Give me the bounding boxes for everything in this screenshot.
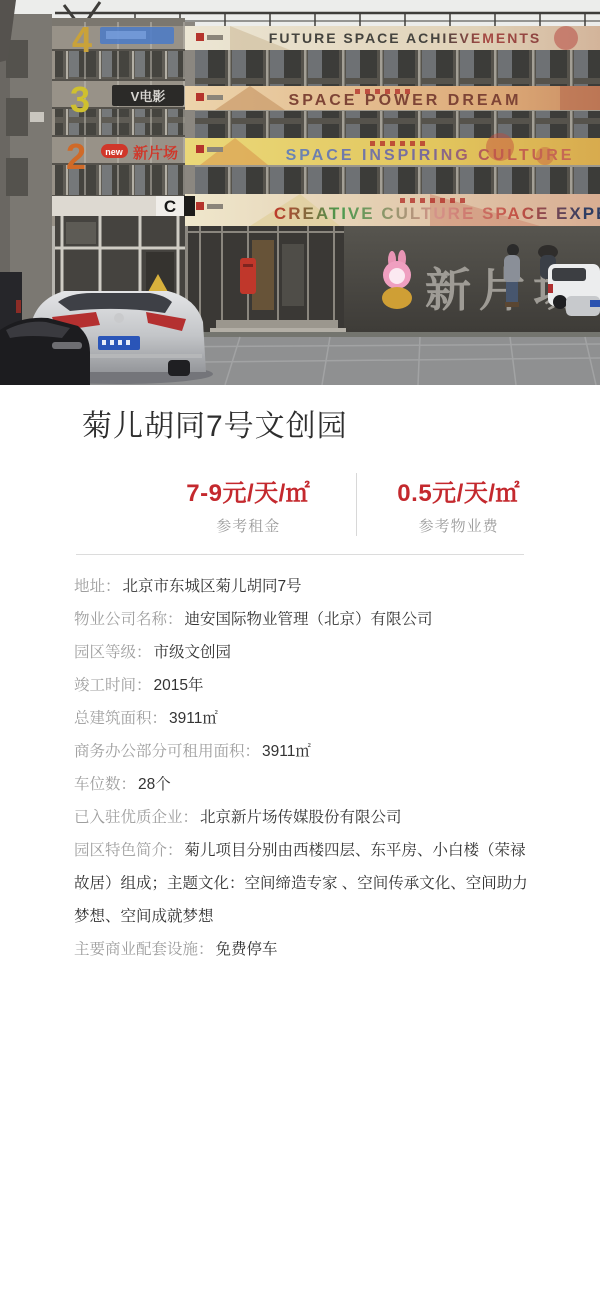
- detail-row-key-tenants: 已入驻优质企业：北京新片场传媒股份有限公司: [74, 801, 528, 834]
- detail-row-property-company: 物业公司名称：迪安国际物业管理（北京）有限公司: [74, 603, 528, 636]
- details-list: 地址：北京市东城区菊儿胡同7号 物业公司名称：迪安国际物业管理（北京）有限公司 …: [0, 555, 600, 966]
- floor-number-signs: 4 3 V电影 2 new 新片场: [66, 19, 184, 177]
- page-title: 菊儿胡同7号文创园: [0, 385, 600, 445]
- detail-row-park-grade: 园区等级：市级文创园: [74, 636, 528, 669]
- property-fee-price: 0.5元/天/㎡: [397, 473, 520, 508]
- detail-row-park-intro: 园区特色简介：菊儿项目分别由西楼四层、东平房、小白楼（荣禄故居）组成；主题文化：…: [74, 834, 528, 933]
- window-bands: [195, 46, 600, 194]
- v-cinema-sign-text: V电影: [131, 89, 166, 104]
- banner-floor4: FUTURE SPACE ACHIEVEMENTS: [185, 26, 600, 50]
- price-row: 7-9元/天/㎡ 参考租金 0.5元/天/㎡ 参考物业费: [0, 473, 600, 536]
- detail-label: 车位数：: [74, 776, 136, 793]
- detail-label: 园区等级：: [74, 644, 152, 661]
- property-fee-block: 0.5元/天/㎡ 参考物业费: [357, 473, 540, 536]
- floor-3-number: 3: [70, 79, 90, 120]
- detail-row-parking-count: 车位数：28个: [74, 768, 528, 801]
- banner-ground-text: CREATIVE CULTURE SPACE EXPERT: [274, 204, 600, 223]
- detail-label: 已入驻优质企业：: [74, 809, 198, 826]
- detail-label: 主要商业配套设施：: [74, 941, 214, 958]
- floor-4-number: 4: [72, 19, 92, 60]
- new-badge-text: new: [105, 147, 124, 157]
- detail-row-completion-year: 竣工时间：2015年: [74, 669, 528, 702]
- banner-ground: CREATIVE CULTURE SPACE EXPERT: [185, 194, 600, 226]
- detail-label: 总建筑面积：: [74, 710, 167, 727]
- detail-value: 市级文创园: [154, 644, 232, 661]
- listing-page: 4 3 V电影 2 new 新片场: [0, 0, 600, 1313]
- detail-label: 商务办公部分可租用面积：: [74, 743, 260, 760]
- detail-value: 3911㎡: [169, 710, 218, 727]
- floor-2-number: 2: [66, 136, 86, 177]
- detail-value: 2015年: [154, 677, 204, 694]
- detail-row-rentable-area: 商务办公部分可租用面积：3911㎡: [74, 735, 528, 768]
- rent-caption: 参考租金: [186, 515, 310, 536]
- detail-label: 地址：: [74, 578, 121, 595]
- detail-row-commercial-facilities: 主要商业配套设施：免费停车: [74, 933, 528, 966]
- listing-content: 菊儿胡同7号文创园 7-9元/天/㎡ 参考租金 0.5元/天/㎡ 参考物业费 地…: [0, 385, 600, 966]
- banner-floor4-text: FUTURE SPACE ACHIEVEMENTS: [269, 30, 541, 46]
- banner-floor2-text: SPACE INSPIRING CULTURE: [286, 147, 575, 164]
- detail-value: 免费停车: [216, 941, 278, 958]
- banner-floor3: SPACE POWER DREAM: [185, 86, 600, 110]
- detail-row-total-area: 总建筑面积：3911㎡: [74, 702, 528, 735]
- detail-label: 竣工时间：: [74, 677, 152, 694]
- car-black: [0, 318, 90, 385]
- c-sign-letter: C: [164, 197, 176, 216]
- detail-row-address: 地址：北京市东城区菊儿胡同7号: [74, 570, 528, 603]
- xinpianchang-sign-text: 新片场: [133, 144, 178, 162]
- detail-value: 3911㎡: [262, 743, 311, 760]
- detail-value: 迪安国际物业管理（北京）有限公司: [185, 611, 433, 628]
- detail-value: 北京市东城区菊儿胡同7号: [123, 578, 302, 595]
- banner-floor3-text: SPACE POWER DREAM: [289, 92, 522, 109]
- detail-label: 园区特色简介：: [74, 842, 183, 859]
- detail-label: 物业公司名称：: [74, 611, 183, 628]
- rent-price: 7-9元/天/㎡: [186, 473, 310, 508]
- rent-price-block: 7-9元/天/㎡ 参考租金: [152, 473, 357, 536]
- property-photo: 4 3 V电影 2 new 新片场: [0, 0, 600, 385]
- detail-value: 28个: [138, 776, 171, 793]
- property-photo-art: 4 3 V电影 2 new 新片场: [0, 0, 600, 385]
- property-fee-caption: 参考物业费: [397, 515, 520, 536]
- detail-value: 北京新片场传媒股份有限公司: [200, 809, 402, 826]
- postbox: [240, 258, 256, 294]
